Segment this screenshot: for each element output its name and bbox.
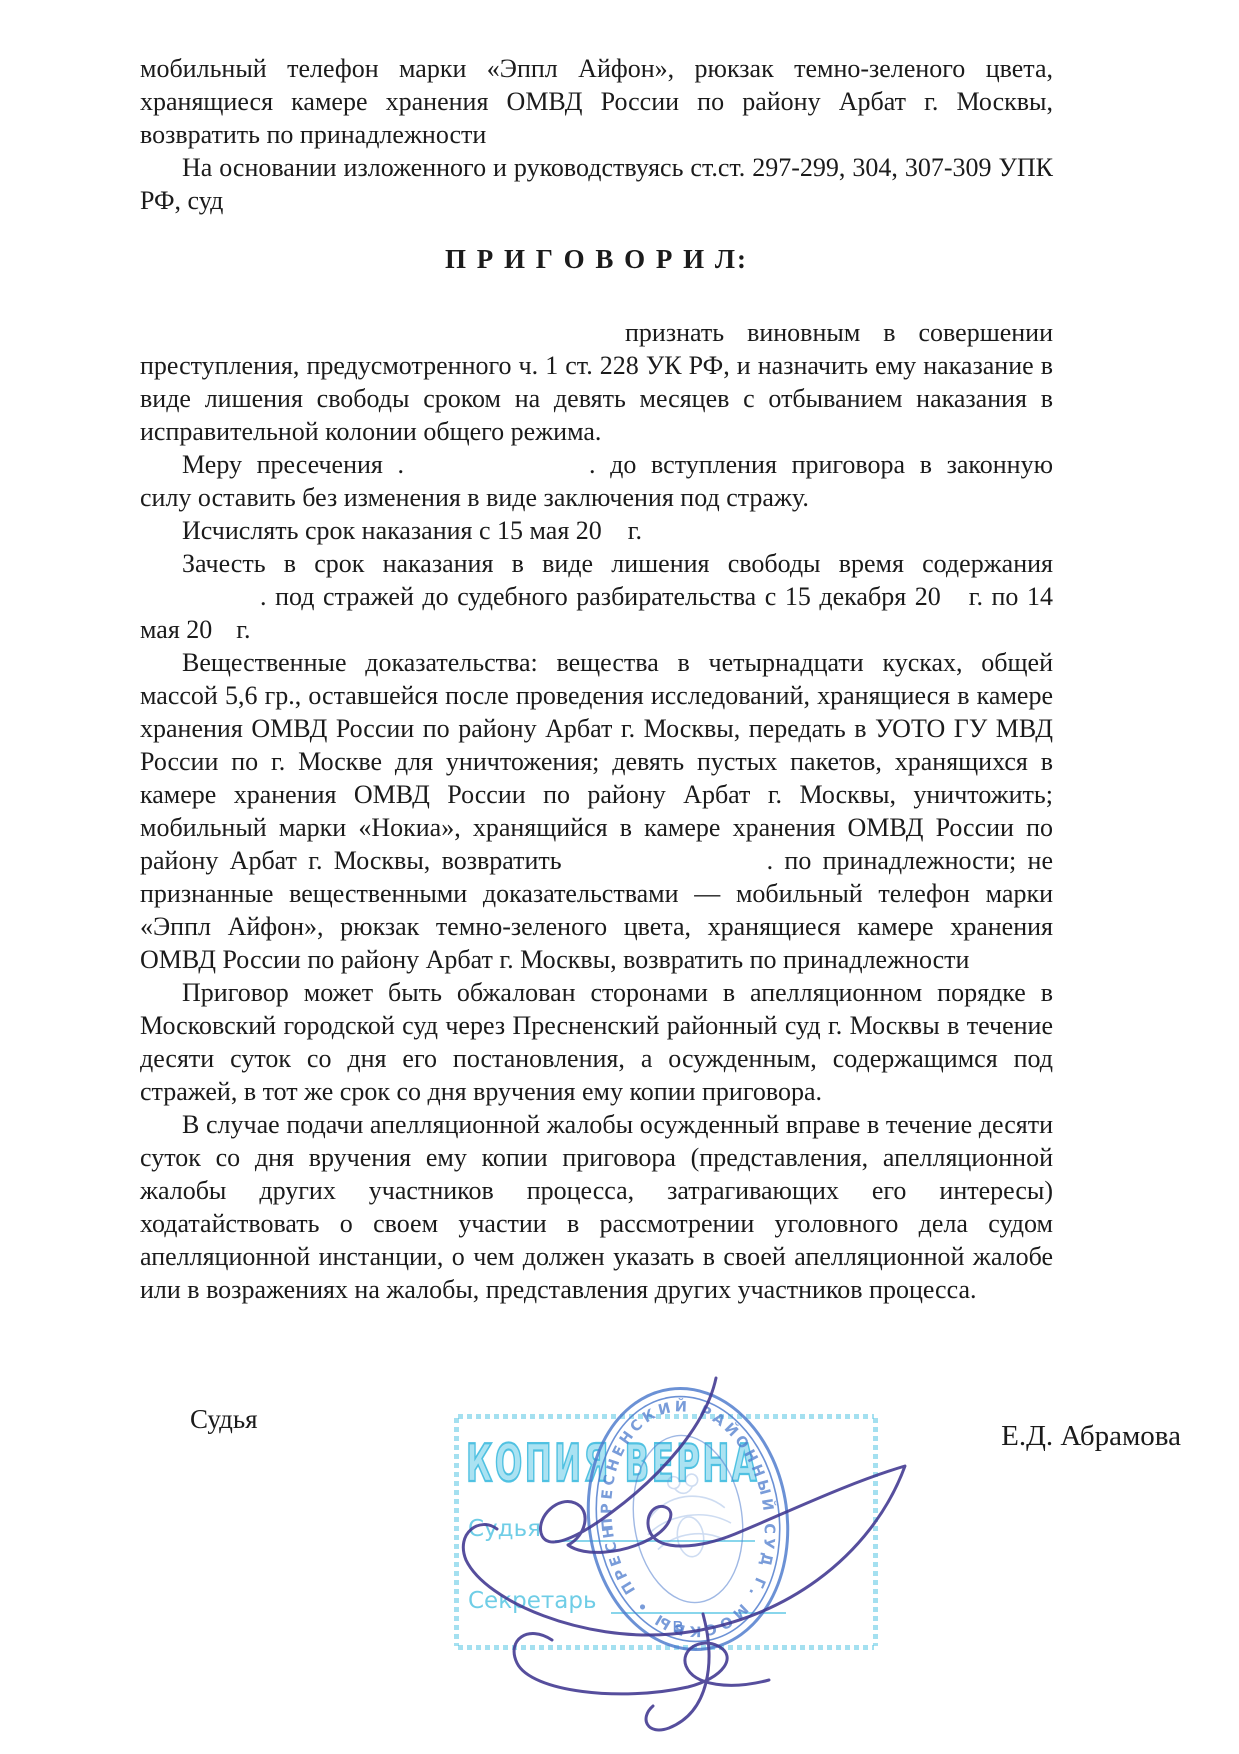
redacted-blank [140, 603, 260, 605]
judge-handwritten-signature [463, 1378, 905, 1635]
double-headed-eagle-emblem [640, 1470, 735, 1563]
redacted-blank [140, 339, 625, 341]
judge-signature-label: Судья [190, 1404, 258, 1435]
secretary-handwritten-signature [514, 1634, 769, 1694]
paragraph: Вещественные доказательства: вещества в … [140, 646, 1053, 976]
redacted-blank [602, 537, 628, 539]
verdict-heading: П Р И Г О В О Р И Л: [140, 243, 1053, 276]
paragraph: признать виновным в совершении преступле… [140, 316, 1053, 448]
seal-and-signatures-overlay: ПРЕСНЕНСКИЙ РАЙОННЫЙ СУД Г. МОСКВЫ • ПРЕ… [400, 1240, 1100, 1754]
scanned-court-document-page: мобильный телефон марки «Эппл Айфон», рю… [0, 0, 1239, 1754]
ruling-paragraphs: признать виновным в совершении преступле… [140, 316, 1053, 1306]
seal-inner-ring [623, 1428, 753, 1609]
document-body: мобильный телефон марки «Эппл Айфон», рю… [0, 0, 1239, 1306]
redacted-blank [562, 867, 767, 869]
paragraph: Меру пресечения .. до вступления пригово… [140, 448, 1053, 514]
redacted-blank [212, 636, 236, 638]
intro-paragraphs: мобильный телефон марки «Эппл Айфон», рю… [140, 52, 1053, 217]
paragraph: На основании изложенного и руководствуяс… [140, 151, 1053, 217]
paragraph: Приговор может быть обжалован сторонами … [140, 976, 1053, 1108]
paragraph: Зачесть в срок наказания в виде лишения … [140, 547, 1053, 646]
redacted-blank [404, 471, 589, 473]
redacted-blank [941, 603, 969, 605]
paragraph: мобильный телефон марки «Эппл Айфон», рю… [140, 52, 1053, 151]
paragraph: Исчислять срок наказания с 15 мая 20г. [140, 514, 1053, 547]
